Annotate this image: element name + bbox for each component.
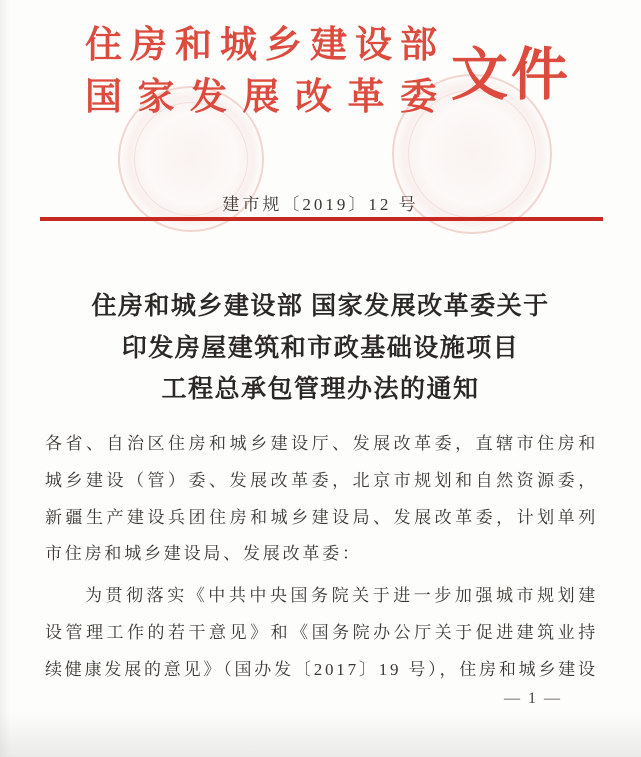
document-title-line2: 印发房屋建筑和市政基础设施项目 [0, 328, 641, 370]
salutation-paragraph: 各省、自治区住房和城乡建设厅、发展改革委，直辖市住房和城乡建设（管）委、发展改革… [45, 426, 598, 573]
document-title-line3: 工程总承包管理办法的通知 [0, 369, 641, 411]
page-number: — 1 — [504, 690, 562, 708]
document-number: 建市规〔2019〕12 号 [0, 190, 641, 215]
agency-name-line2: 国家发展改革委 [85, 72, 437, 124]
document-title-line1: 住房和城乡建设部 国家发展改革委关于 [0, 286, 641, 328]
agency-name-line1: 住房和城乡建设部 [85, 20, 437, 72]
scan-artifact-bottom-edge [0, 711, 641, 757]
issuing-agencies: 住房和城乡建设部 国家发展改革委 [85, 20, 437, 124]
document-type-label: 文件 [451, 47, 571, 104]
document-title: 住房和城乡建设部 国家发展改革委关于 印发房屋建筑和市政基础设施项目 工程总承包… [0, 286, 641, 411]
red-separator-rule [40, 217, 603, 221]
scanned-document-page: 住房和城乡建设部 国家发展改革委 文件 建市规〔2019〕12 号 住房和城乡建… [0, 0, 641, 757]
document-body: 各省、自治区住房和城乡建设厅、发展改革委，直辖市住房和城乡建设（管）委、发展改革… [45, 426, 598, 689]
body-paragraph-1: 为贯彻落实《中共中央国务院关于进一步加强城市规划建设管理工作的若干意见》和《国务… [45, 578, 598, 688]
document-letterhead: 住房和城乡建设部 国家发展改革委 文件 [85, 20, 571, 124]
